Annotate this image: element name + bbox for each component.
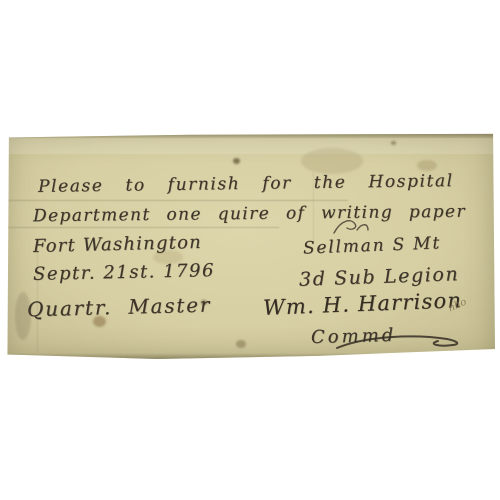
stain (391, 141, 396, 145)
photo-background: Please to furnish for the Hospital Depar… (0, 0, 500, 500)
crease-line (5, 200, 348, 201)
paraph-flourish-icon (335, 332, 465, 356)
manuscript-place-line: Fort Washington (33, 232, 202, 257)
signature-harrison: Wm. H. Harrison (263, 288, 463, 320)
paper-light-band (5, 138, 495, 154)
manuscript-date-line: Septr. 21st. 1796 (33, 260, 215, 285)
manuscript-body-line-1: Please to furnish for the Hospital (38, 171, 454, 197)
manuscript-body-line-2: Department one quire of writing paper (33, 202, 466, 227)
stain (236, 340, 246, 348)
manuscript-unit-line: 3d Sub Legion (299, 263, 460, 291)
document-photo: Please to furnish for the Hospital Depar… (5, 132, 495, 359)
crease-line (5, 227, 279, 228)
manuscript-office-line: Quartr. Master (27, 293, 212, 322)
stain (417, 160, 437, 171)
signature-surgeons-mate: Sellman S Mt (303, 233, 442, 258)
stain (233, 158, 240, 164)
stain (301, 148, 363, 174)
